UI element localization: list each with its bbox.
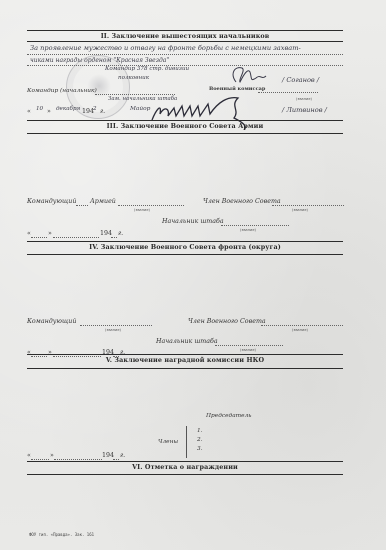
label-chief-of-staff: Начальник штаба	[162, 218, 224, 225]
date-month-field[interactable]	[53, 237, 99, 238]
date-month: декабря	[56, 106, 80, 112]
date-day: 10	[36, 106, 43, 112]
citation-line-1: За проявление мужество и отвагу на фронт…	[30, 44, 301, 52]
date-year-prefix: 194	[102, 452, 114, 459]
label-military-council-member: Член Военного Совета	[188, 318, 266, 325]
printer-imprint: ФОУ тип. «Правда». Зак. 161	[29, 532, 94, 537]
label-rank: (звание)	[134, 208, 150, 212]
member-1: 1.	[197, 428, 203, 434]
date-open-quote: «	[27, 230, 31, 237]
rule	[27, 254, 343, 255]
date-open-quote: «	[27, 108, 31, 115]
section-6-title: VI. Отметка о награждении	[27, 463, 343, 471]
label-chief-of-staff: Начальник штаба	[156, 338, 218, 345]
date-day-field[interactable]	[31, 237, 47, 238]
date-month-field[interactable]	[54, 459, 102, 460]
member-3: 3.	[197, 446, 203, 452]
commander-signature-field[interactable]	[118, 205, 184, 206]
label-chairman: Председатель	[206, 413, 251, 419]
date-suffix: г.	[118, 230, 123, 237]
label-commander: Командующий	[27, 198, 76, 205]
label-rank: (звание)	[296, 97, 312, 101]
date-close-quote: »	[47, 108, 51, 115]
member-signature-field[interactable]	[272, 205, 344, 206]
label-rank: (звание)	[240, 228, 256, 232]
date-year: 2	[93, 106, 97, 112]
rule	[27, 474, 343, 475]
section-4-title: IV. Заключение Военного Совета фронта (о…	[27, 243, 343, 251]
label-commander: Командир (начальник)	[27, 88, 97, 94]
fill-line	[76, 205, 88, 206]
label-commander: Командующий	[27, 318, 76, 325]
date-close-quote: »	[50, 452, 54, 459]
label-military-council-member: Член Военного Совета	[203, 198, 281, 205]
members-brace	[186, 426, 191, 458]
section-2-title: II. Заключение вышестоящих начальников	[27, 32, 343, 40]
date-year-field[interactable]	[111, 237, 117, 238]
label-rank: (звание)	[240, 348, 256, 352]
rule	[27, 368, 343, 369]
rule	[27, 133, 343, 134]
chief-signature-field[interactable]	[221, 225, 289, 226]
member-signature-field[interactable]	[261, 325, 343, 326]
commander-signature-field[interactable]	[80, 325, 152, 326]
label-army: Армией	[90, 198, 116, 205]
date-open-quote: «	[27, 452, 31, 459]
commander-title-1: Командир 378 стр. дивизии	[105, 66, 189, 72]
date-day-field[interactable]	[31, 459, 49, 460]
commander-signature	[226, 64, 268, 88]
document-page: II. Заключение вышестоящих начальников З…	[0, 0, 386, 550]
commander-name: / Соганов /	[282, 76, 319, 84]
date-suffix: г.	[120, 452, 125, 459]
label-rank: (звание)	[292, 208, 308, 212]
chief-signature-field[interactable]	[215, 345, 283, 346]
date-suffix: г.	[100, 108, 105, 115]
fill-line	[27, 54, 343, 55]
section-5-title: V. Заключение наградной комиссии НКО	[27, 356, 343, 364]
label-rank: (звание)	[292, 328, 308, 332]
chief-name: / Литвинов /	[282, 106, 327, 114]
commander-title-2: полковник	[118, 75, 149, 81]
rule	[27, 41, 343, 42]
member-2: 2.	[197, 437, 203, 443]
date-year-field[interactable]	[113, 459, 119, 460]
date-close-quote: »	[48, 230, 52, 237]
label-members: Члены	[158, 439, 178, 445]
section-3-title: III. Заключение Военного Совета Армии	[27, 122, 343, 130]
date-year-prefix: 194	[100, 230, 112, 237]
label-rank: (звание)	[105, 328, 121, 332]
